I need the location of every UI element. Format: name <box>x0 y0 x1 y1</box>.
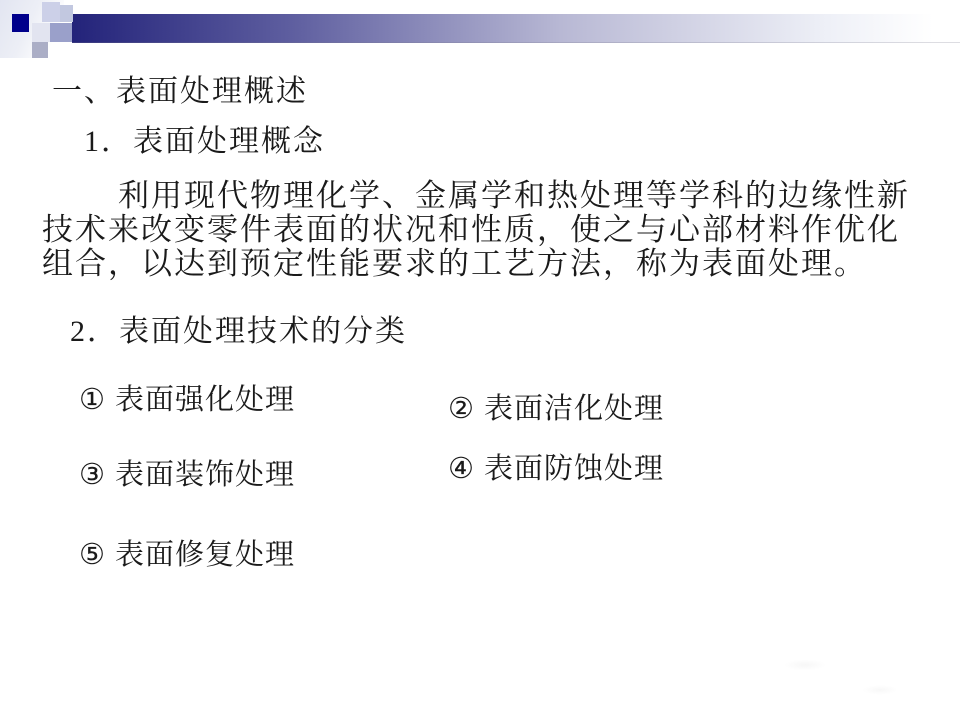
section1-heading: 1．表面处理概念 <box>84 116 325 160</box>
classification-item-label: 表面防蚀处理 <box>484 453 664 485</box>
watermark-smudge <box>760 650 930 710</box>
classification-item-5: ⑤表面修复处理 <box>79 532 295 573</box>
decor-square-blue-mid <box>60 5 73 22</box>
slide-canvas: 一、表面处理概述 1．表面处理概念 利用现代物理化学、金属学和热处理等学科的边缘… <box>0 0 960 720</box>
circled-number-5-icon: ⑤ <box>79 539 106 571</box>
decor-square-lavender-top <box>42 2 60 22</box>
classification-item-3: ③表面装饰处理 <box>79 452 295 493</box>
concept-paragraph: 利用现代物理化学、金属学和热处理等学科的边缘性新 技术来改变零件表面的状况和性质… <box>42 179 927 281</box>
paragraph-line: 组合，以达到预定性能要求的工艺方法，称为表面处理。 <box>42 247 927 281</box>
classification-item-1: ①表面强化处理 <box>79 377 295 418</box>
decor-square-verylight <box>32 23 50 42</box>
decor-square-gray <box>32 42 48 58</box>
classification-item-label: 表面装饰处理 <box>115 459 295 491</box>
classification-item-label: 表面强化处理 <box>115 384 295 416</box>
paragraph-line: 技术来改变零件表面的状况和性质，使之与心部材料作优化 <box>42 213 927 247</box>
section2-heading: 2．表面处理技术的分类 <box>70 306 407 350</box>
paragraph-line: 利用现代物理化学、金属学和热处理等学科的边缘性新 <box>42 179 927 213</box>
circled-number-4-icon: ④ <box>448 453 475 485</box>
decor-square-medium <box>50 23 72 42</box>
classification-item-label: 表面修复处理 <box>115 539 295 571</box>
classification-item-label: 表面洁化处理 <box>484 393 664 425</box>
classification-item-4: ④表面防蚀处理 <box>448 446 664 487</box>
circled-number-2-icon: ② <box>448 393 475 425</box>
decor-square-navy <box>12 14 29 32</box>
classification-item-2: ②表面洁化处理 <box>448 386 664 427</box>
circled-number-1-icon: ① <box>79 384 106 416</box>
header-gradient-bar <box>72 14 960 43</box>
circled-number-3-icon: ③ <box>79 459 106 491</box>
page-title: 一、表面处理概述 <box>52 66 308 110</box>
